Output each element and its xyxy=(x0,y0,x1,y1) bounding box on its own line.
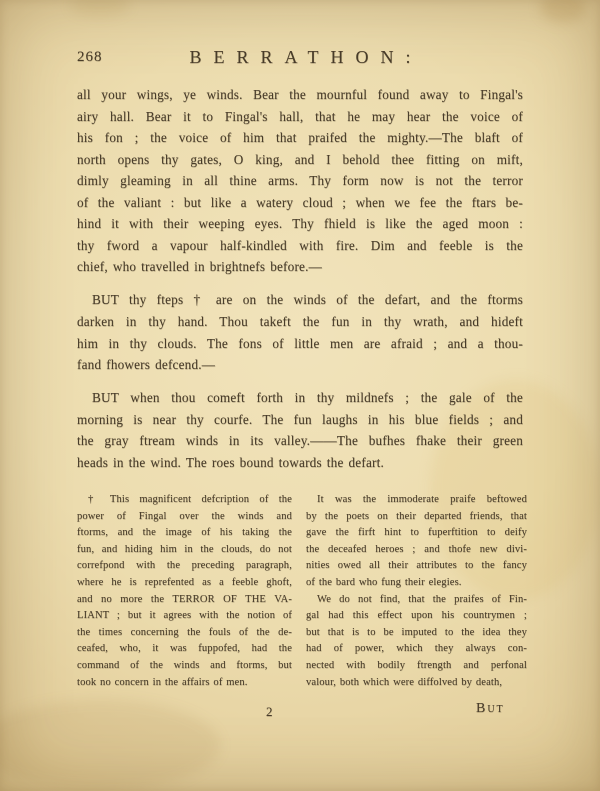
text-line: nities owed all their attributes to the … xyxy=(306,558,527,575)
text-line: the times concerning the fouls of the de… xyxy=(77,625,292,642)
text-line: by the poets on their departed friends, … xyxy=(306,509,527,526)
text-line: had of power, which they always con- xyxy=(306,641,527,658)
text-line: of the bard who fung their elegies. xyxy=(306,575,527,592)
text-line: and no more the TERROR OF THE VA- xyxy=(77,592,292,609)
paper-stain xyxy=(0,700,220,790)
catchword: But xyxy=(476,701,505,717)
book-page-scan: { "colors": { "paper": "#ecdcae", "ink":… xyxy=(0,0,600,791)
text-line: where he is reprefented as a feeble ghof… xyxy=(77,575,292,592)
text-line: ftorms, and the image of his taking the xyxy=(77,525,292,542)
text-line: chief, who travelled in brightnefs befor… xyxy=(77,256,523,278)
text-line: heads in the wind. The roes bound toward… xyxy=(77,452,523,474)
signature-mark: 2 xyxy=(266,704,273,720)
text-line: thy fword a vapour half-kindled with fir… xyxy=(77,235,523,257)
paragraph: BUT thy fteps † are on the winds of the … xyxy=(77,289,523,375)
paragraph: It was the immoderate praife beftowedby … xyxy=(306,492,527,592)
text-line: darken in thy hand. Thou takeft the fun … xyxy=(77,311,523,333)
text-line: gave the firft hint to fuperftition to d… xyxy=(306,525,527,542)
text-line: † This magnificent defcription of the xyxy=(77,492,292,509)
text-line: power of Fingal over the winds and xyxy=(77,509,292,526)
paragraph: † This magnificent defcription of thepow… xyxy=(77,492,292,691)
text-line: BUT thy fteps † are on the winds of the … xyxy=(77,289,523,311)
footnote-right-column: It was the immoderate praife beftowedby … xyxy=(306,492,527,691)
text-line: morning is near thy courfe. The fun laug… xyxy=(77,409,523,431)
text-line: We do not find, that the praifes of Fin- xyxy=(306,592,527,609)
text-line: hind it with their weeping eyes. Thy fhi… xyxy=(77,213,523,235)
text-line: his fon ; the voice of him that praifed … xyxy=(77,127,523,149)
text-line: the gray ftream winds in its valley.——Th… xyxy=(77,430,523,452)
text-line: him in thy clouds. The fons of little me… xyxy=(77,333,523,355)
text-line: all your wings, ye winds. Bear the mourn… xyxy=(77,84,523,106)
footnote-left-column: † This magnificent defcription of thepow… xyxy=(77,492,292,691)
text-line: valour, both which were diffolved by dea… xyxy=(306,675,527,692)
paragraph: BUT when thou comeft forth in thy mildne… xyxy=(77,387,523,473)
paragraph: all your wings, ye winds. Bear the mourn… xyxy=(77,84,523,278)
running-title: BERRATHON: xyxy=(0,47,600,68)
text-line: command of the winds and ftorms, but xyxy=(77,658,292,675)
text-line: ceafed, who, it was fuppofed, had the xyxy=(77,641,292,658)
body-text: all your wings, ye winds. Bear the mourn… xyxy=(77,84,523,473)
text-line: north opens thy gates, O king, and I beh… xyxy=(77,149,523,171)
text-line: fand fhowers defcend.— xyxy=(77,354,523,376)
text-line: fun, and hiding him in the clouds, do no… xyxy=(77,542,292,559)
paper-stain xyxy=(540,0,586,22)
text-line: dimly gleaming in all thine arms. Thy fo… xyxy=(77,170,523,192)
text-line: airy hall. Bear it to Fingal's hall, tha… xyxy=(77,106,523,128)
text-line: correfpond with the preceding paragraph, xyxy=(77,558,292,575)
text-line: took no concern in the affairs of men. xyxy=(77,675,292,692)
paper-stain xyxy=(70,0,130,16)
paragraph: We do not find, that the praifes of Fin-… xyxy=(306,592,527,692)
text-line: It was the immoderate praife beftowed xyxy=(306,492,527,509)
text-line: LIANT ; but it agrees with the notion of xyxy=(77,608,292,625)
text-line: of the valiant : but like a watery cloud… xyxy=(77,192,523,214)
text-line: gal had this effect upon his countrymen … xyxy=(306,608,527,625)
text-line: but that is to be imputed to the idea th… xyxy=(306,625,527,642)
text-line: the deceafed heroes ; and thofe new divi… xyxy=(306,542,527,559)
text-line: BUT when thou comeft forth in thy mildne… xyxy=(77,387,523,409)
text-line: nected with bodily ftrength and perfonal xyxy=(306,658,527,675)
footnotes: † This magnificent defcription of thepow… xyxy=(77,492,527,691)
